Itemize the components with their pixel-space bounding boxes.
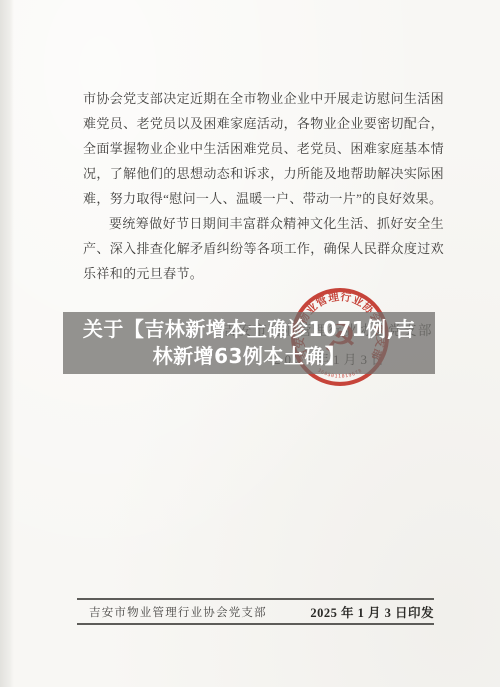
caption-overlay-banner: 关于【吉林新增本土确诊1071例,吉 林新增63例本土确】	[63, 312, 435, 374]
page-edge-shadow	[0, 0, 14, 687]
document-body-text: 市协会党支部决定近期在全市物业企业中开展走访慰问生活困难党员、老党员以及困难家庭…	[83, 86, 444, 286]
caption-line: 关于【吉林新增本土确诊1071例,吉	[83, 316, 415, 343]
body-paragraph: 市协会党支部决定近期在全市物业企业中开展走访慰问生活困难党员、老党员以及困难家庭…	[83, 86, 444, 211]
body-paragraph: 要统筹做好节日期间丰富群众精神文化生活、抓好安全生产、深入排查化解矛盾纠纷等各项…	[83, 211, 444, 286]
document-footer: 吉安市物业管理行业协会党支部 2025 年 1 月 3 日印发	[77, 598, 434, 625]
footer-print-date: 2025 年 1 月 3 日印发	[310, 603, 434, 621]
footer-issuing-org: 吉安市物业管理行业协会党支部	[89, 604, 267, 620]
scanned-document-page: 市协会党支部决定近期在全市物业企业中开展走访慰问生活困难党员、老党员以及困难家庭…	[0, 0, 500, 687]
caption-line: 林新增63例本土确】	[153, 343, 346, 370]
